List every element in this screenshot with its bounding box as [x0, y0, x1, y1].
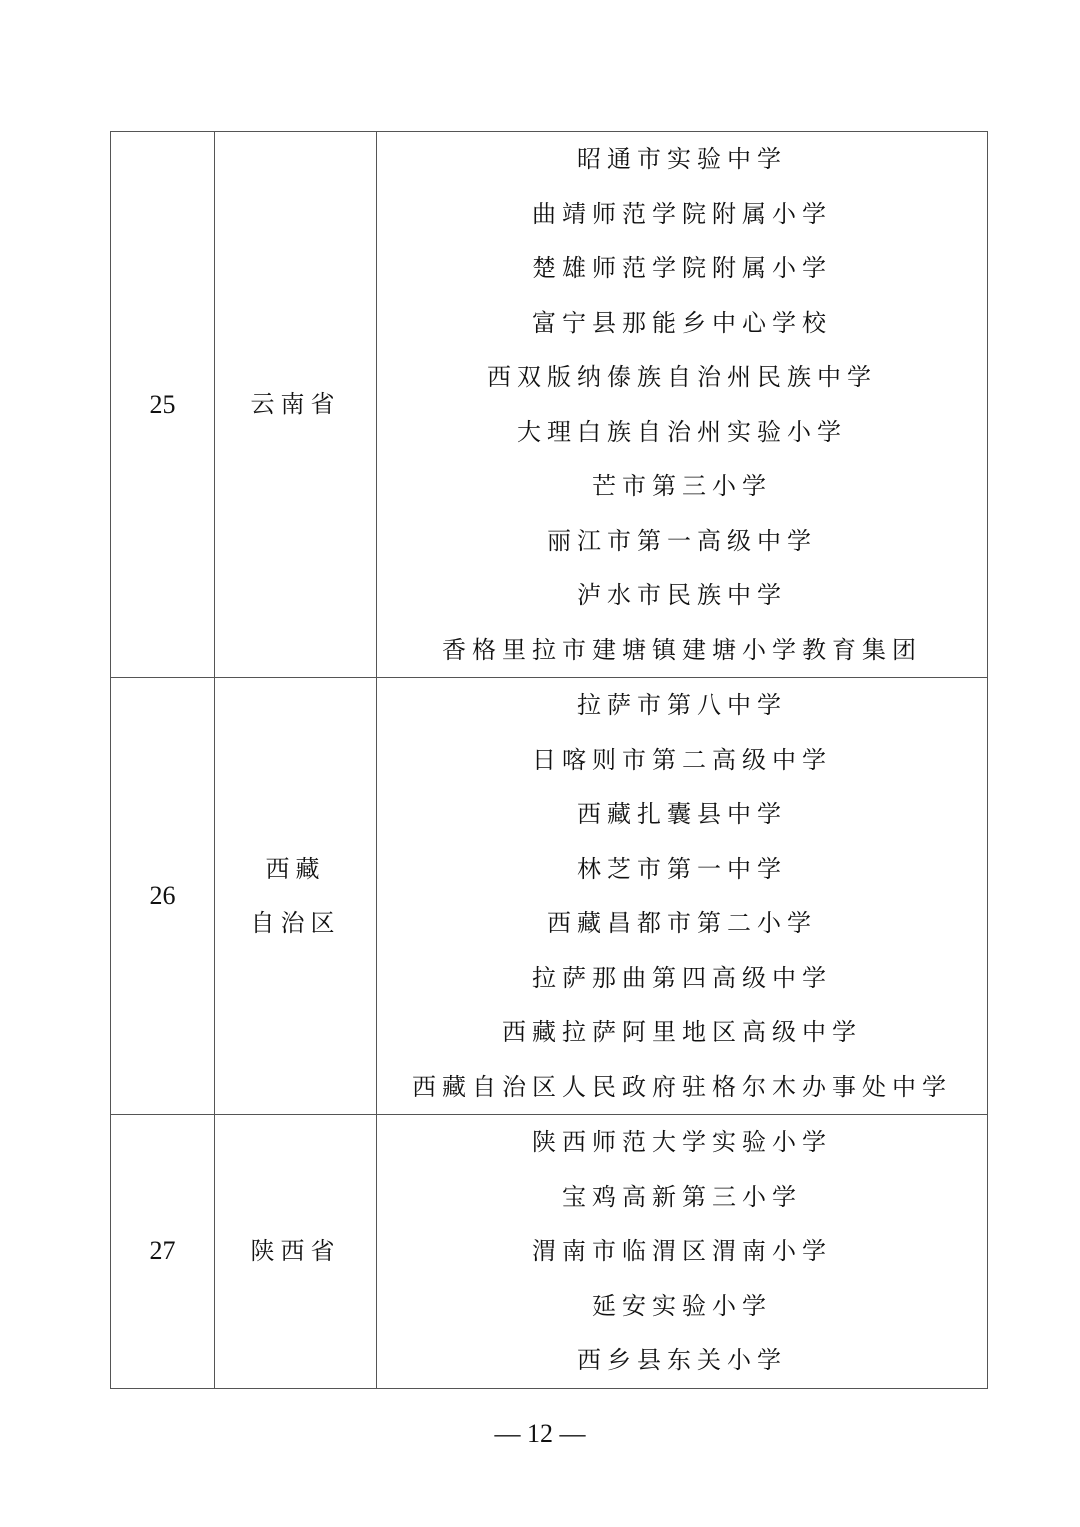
province-cell: 陕西省: [215, 1115, 377, 1389]
province-name-line-1: 西藏: [215, 842, 376, 897]
table-row-27: 27 陕西省 陕西师范大学实验小学 宝鸡高新第三小学 渭南市临渭区渭南小学 延安…: [111, 1115, 988, 1389]
school-name: 西藏扎囊县中学: [377, 787, 987, 842]
schools-table: 25 云南省 昭通市实验中学 曲靖师范学院附属小学 楚雄师范学院附属小学 富宁县…: [110, 131, 988, 1389]
school-name: 宝鸡高新第三小学: [377, 1170, 987, 1225]
school-name: 曲靖师范学院附属小学: [377, 187, 987, 242]
school-name: 延安实验小学: [377, 1279, 987, 1334]
schools-cell: 陕西师范大学实验小学 宝鸡高新第三小学 渭南市临渭区渭南小学 延安实验小学 西乡…: [377, 1115, 988, 1389]
school-name: 芒市第三小学: [377, 459, 987, 514]
school-name: 拉萨市第八中学: [377, 678, 987, 733]
page-number: — 12 —: [0, 1419, 1080, 1449]
school-name: 西乡县东关小学: [377, 1333, 987, 1388]
school-name: 昭通市实验中学: [377, 132, 987, 187]
school-name: 富宁县那能乡中心学校: [377, 296, 987, 351]
province-name: 云南省: [215, 377, 376, 432]
school-name: 西藏昌都市第二小学: [377, 896, 987, 951]
row-number: 27: [111, 1115, 215, 1389]
school-name: 西藏自治区人民政府驻格尔木办事处中学: [377, 1060, 987, 1115]
school-name: 丽江市第一高级中学: [377, 514, 987, 569]
schools-cell: 昭通市实验中学 曲靖师范学院附属小学 楚雄师范学院附属小学 富宁县那能乡中心学校…: [377, 132, 988, 678]
school-name: 泸水市民族中学: [377, 568, 987, 623]
school-name: 香格里拉市建塘镇建塘小学教育集团: [377, 623, 987, 678]
school-name: 林芝市第一中学: [377, 842, 987, 897]
school-name: 大理白族自治州实验小学: [377, 405, 987, 460]
schools-cell: 拉萨市第八中学 日喀则市第二高级中学 西藏扎囊县中学 林芝市第一中学 西藏昌都市…: [377, 678, 988, 1115]
school-name: 陕西师范大学实验小学: [377, 1115, 987, 1170]
school-name: 渭南市临渭区渭南小学: [377, 1224, 987, 1279]
province-name-line-2: 自治区: [215, 896, 376, 951]
table-row-25: 25 云南省 昭通市实验中学 曲靖师范学院附属小学 楚雄师范学院附属小学 富宁县…: [111, 132, 988, 678]
school-name: 西藏拉萨阿里地区高级中学: [377, 1005, 987, 1060]
school-name: 日喀则市第二高级中学: [377, 733, 987, 788]
table-row-26: 26 西藏 自治区 拉萨市第八中学 日喀则市第二高级中学 西藏扎囊县中学 林芝市…: [111, 678, 988, 1115]
province-cell: 云南省: [215, 132, 377, 678]
school-name: 西双版纳傣族自治州民族中学: [377, 350, 987, 405]
school-name: 楚雄师范学院附属小学: [377, 241, 987, 296]
row-number: 26: [111, 678, 215, 1115]
province-cell: 西藏 自治区: [215, 678, 377, 1115]
school-name: 拉萨那曲第四高级中学: [377, 951, 987, 1006]
row-number: 25: [111, 132, 215, 678]
province-name: 陕西省: [215, 1224, 376, 1279]
